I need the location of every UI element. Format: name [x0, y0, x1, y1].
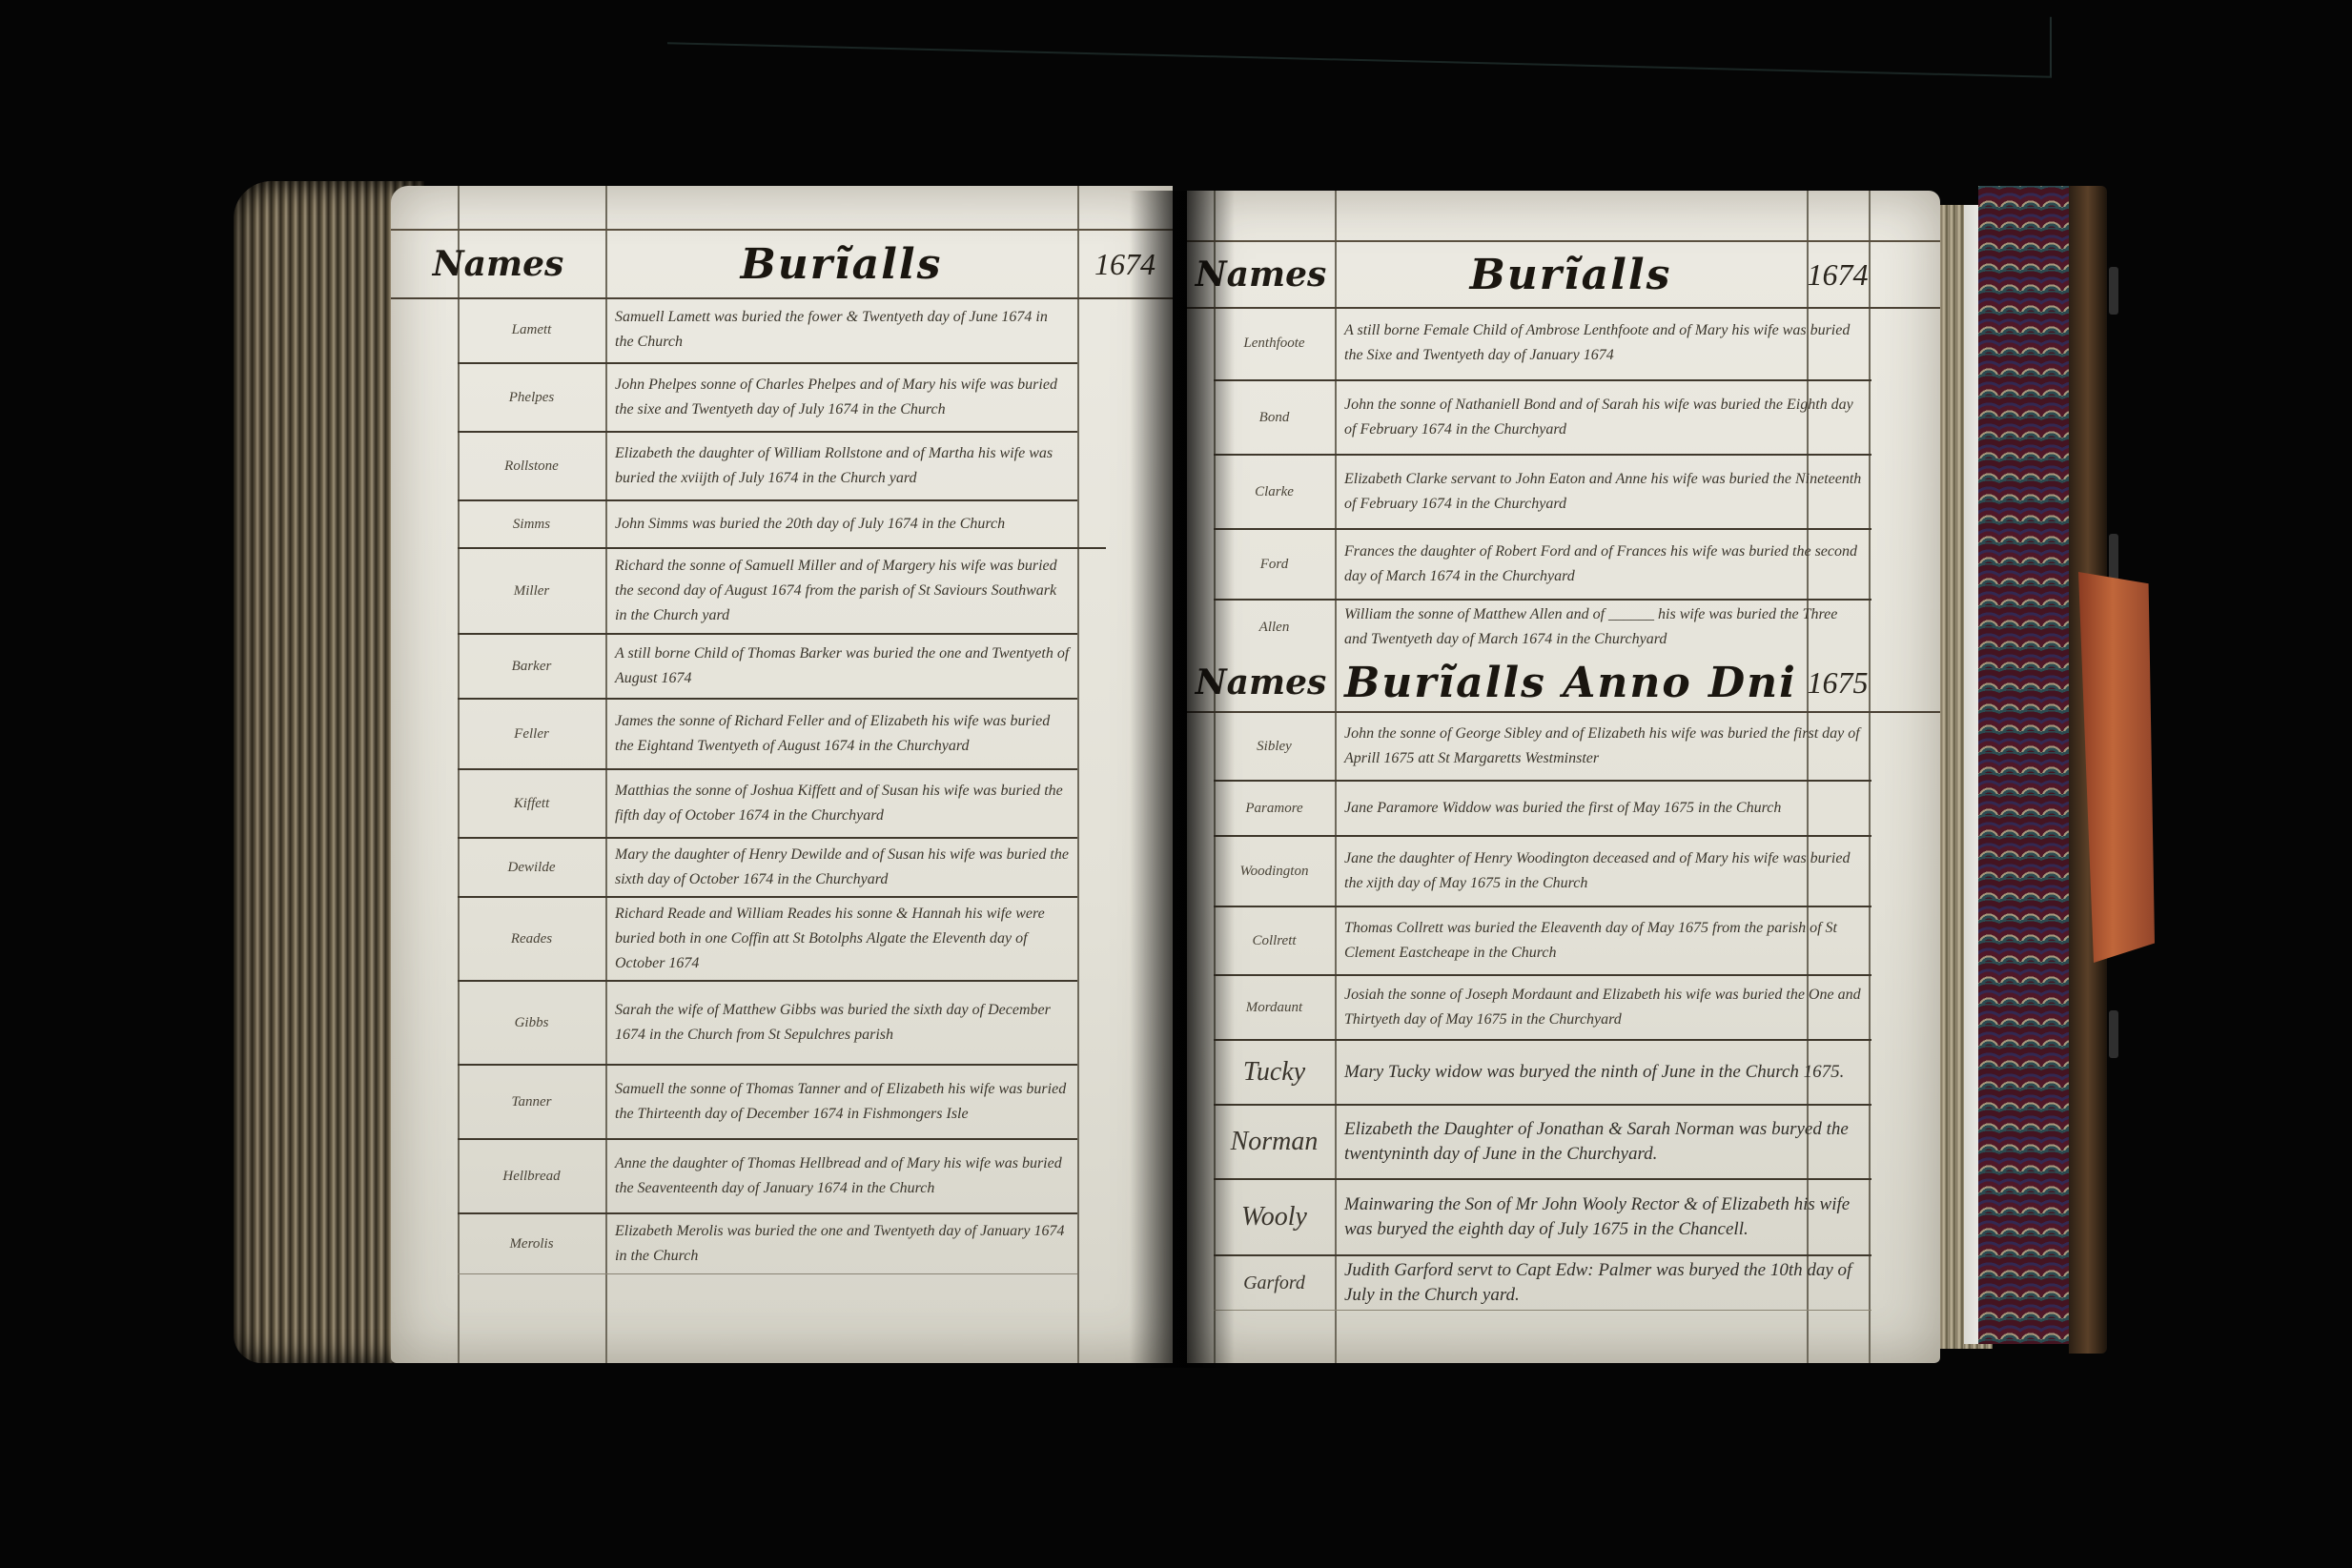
right-header-row: Names Burĩalls 1674 [1187, 240, 1940, 309]
entry-text: James the sonne of Richard Feller and of… [605, 707, 1077, 761]
entry-text: Samuell Lamett was buried the fower & Tw… [605, 303, 1077, 356]
entry-text: Mary Tucky widow was buryed the ninth of… [1335, 1058, 1851, 1087]
register-entry: Woodington Jane the daughter of Henry Wo… [1214, 837, 1871, 907]
entry-text: Richard the sonne of Samuell Miller and … [605, 552, 1077, 630]
entry-surname: Hellbread [458, 1169, 605, 1185]
entry-text: Mary the daughter of Henry Dewilde and o… [605, 841, 1077, 894]
register-entry: Phelpes John Phelpes sonne of Charles Ph… [458, 364, 1077, 433]
entry-surname: Tanner [458, 1094, 605, 1110]
entry-surname: Lamett [458, 322, 605, 338]
entry-surname: Simms [458, 517, 605, 533]
burials-heading: Burĩalls [605, 240, 1077, 289]
right-subheader-row-1675: Names Burĩalls Anno Dni 1675 [1187, 654, 1940, 713]
register-entry: Ford Frances the daughter of Robert Ford… [1214, 530, 1871, 601]
register-entry: Lenthfoote A still borne Female Child of… [1214, 307, 1871, 381]
register-entry: Simms John Simms was buried the 20th day… [458, 501, 1106, 549]
entry-text: Jane Paramore Widdow was buried the firs… [1335, 794, 1789, 823]
left-header-row: Names Burĩalls 1674 [391, 229, 1173, 299]
register-entry: Hellbread Anne the daughter of Thomas He… [458, 1140, 1077, 1214]
register-entry: Allen William the sonne of Matthew Allen… [1214, 601, 1871, 654]
entry-text: Josiah the sonne of Joseph Mordaunt and … [1335, 981, 1871, 1034]
clasp-upper [2109, 534, 2118, 581]
entry-surname: Miller [458, 583, 605, 600]
entry-text: Jane the daughter of Henry Woodington de… [1335, 845, 1871, 898]
entry-text: Matthias the sonne of Joshua Kiffett and… [605, 777, 1077, 830]
register-entry: Kiffett Matthias the sonne of Joshua Kif… [458, 770, 1077, 839]
entry-text: A still borne Female Child of Ambrose Le… [1335, 316, 1871, 370]
background-glass-plate [667, 0, 2052, 78]
register-entry: Reades Richard Reade and William Reades … [458, 898, 1077, 982]
entry-text: Elizabeth Clarke servant to John Eaton a… [1335, 465, 1871, 519]
clasp-lower [2109, 1010, 2118, 1058]
entry-text: Elizabeth the daughter of William Rollst… [605, 439, 1077, 493]
entry-text: John Simms was buried the 20th day of Ju… [605, 510, 1012, 539]
names-column-heading: Names [391, 244, 605, 284]
entry-text: Samuell the sonne of Thomas Tanner and o… [605, 1075, 1077, 1129]
entry-surname: Feller [458, 726, 605, 743]
year-heading: 1675 [1807, 665, 1869, 701]
book-gutter [1130, 191, 1235, 1368]
entry-surname: Barker [458, 659, 605, 675]
year-column-rule [1077, 186, 1079, 1363]
register-entry: Tanner Samuell the sonne of Thomas Tanne… [458, 1066, 1077, 1140]
entry-surname: Merolis [458, 1236, 605, 1252]
year-heading: 1674 [1807, 257, 1869, 293]
register-entry: Garford Judith Garford servt to Capt Edw… [1214, 1256, 1871, 1311]
burials-heading: Burĩalls [1335, 251, 1807, 299]
register-entry: Clarke Elizabeth Clarke servant to John … [1214, 456, 1871, 530]
register-entry: Miller Richard the sonne of Samuell Mill… [458, 549, 1077, 635]
entry-surname: Rollstone [458, 458, 605, 475]
register-entry: Barker A still borne Child of Thomas Bar… [458, 635, 1077, 700]
register-entry: Merolis Elizabeth Merolis was buried the… [458, 1214, 1077, 1274]
right-page: Names Burĩalls 1674 Lenthfoote A still … [1187, 191, 1940, 1363]
register-entry: Rollstone Elizabeth the daughter of Will… [458, 433, 1077, 501]
entry-text: Judith Garford servt to Capt Edw: Palmer… [1335, 1256, 1871, 1310]
entry-text: John Phelpes sonne of Charles Phelpes an… [605, 371, 1077, 424]
entry-text: Frances the daughter of Robert Ford and … [1335, 538, 1871, 591]
marbled-endpaper [1978, 186, 2074, 1344]
entry-text: Elizabeth Merolis was buried the one and… [605, 1217, 1077, 1271]
register-entry: Tucky Mary Tucky widow was buryed the ni… [1214, 1041, 1871, 1106]
clasp-top [2109, 267, 2118, 315]
entry-surname: Phelpes [458, 390, 605, 406]
register-entry: Paramore Jane Paramore Widdow was buried… [1214, 782, 1871, 837]
register-entry: Sibley John the sonne of George Sibley a… [1214, 713, 1871, 782]
register-entry: Lamett Samuell Lamett was buried the fow… [458, 297, 1077, 364]
entry-surname: Gibbs [458, 1015, 605, 1031]
register-entry: Dewilde Mary the daughter of Henry Dewil… [458, 839, 1077, 898]
entry-text: John the sonne of Nathaniell Bond and of… [1335, 391, 1871, 444]
register-entry: Norman Elizabeth the Daughter of Jonatha… [1214, 1106, 1871, 1180]
entry-text: Anne the daughter of Thomas Hellbread an… [605, 1150, 1077, 1203]
entry-text: A still borne Child of Thomas Barker was… [605, 640, 1077, 693]
register-entry: Wooly Mainwaring the Son of Mr John Wool… [1214, 1180, 1871, 1256]
entry-text: William the sonne of Matthew Allen and o… [1335, 601, 1871, 654]
entry-text: Sarah the wife of Matthew Gibbs was buri… [605, 996, 1077, 1049]
entry-text: Thomas Collrett was buried the Eleaventh… [1335, 914, 1871, 967]
left-page: Names Burĩalls 1674 Lamett Samuell Lame… [391, 186, 1173, 1363]
entry-text: John the sonne of George Sibley and of E… [1335, 720, 1871, 773]
register-entry: Mordaunt Josiah the sonne of Joseph Mord… [1214, 976, 1871, 1041]
register-entry: Bond John the sonne of Nathaniell Bond a… [1214, 381, 1871, 456]
entry-text: Richard Reade and William Reades his son… [605, 900, 1077, 978]
register-entry: Feller James the sonne of Richard Feller… [458, 700, 1077, 770]
entry-surname: Reades [458, 931, 605, 947]
burials-anno-domini-heading: Burĩalls Anno Dni [1335, 659, 1807, 707]
entry-text: Elizabeth the Daughter of Jonathan & Sar… [1335, 1115, 1871, 1169]
entry-surname: Dewilde [458, 860, 605, 876]
entry-text: Mainwaring the Son of Mr John Wooly Rect… [1335, 1191, 1871, 1244]
entry-surname: Kiffett [458, 796, 605, 812]
register-entry: Gibbs Sarah the wife of Matthew Gibbs wa… [458, 982, 1077, 1066]
register-entry: Collrett Thomas Collrett was buried the … [1214, 907, 1871, 976]
